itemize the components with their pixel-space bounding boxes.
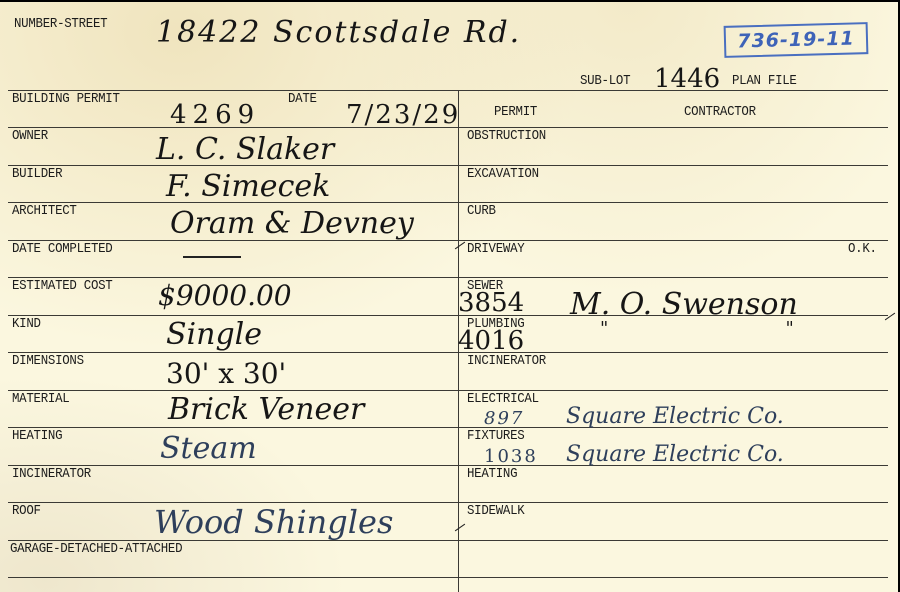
material-label: MATERIAL <box>12 393 69 407</box>
rule <box>8 540 888 541</box>
rule <box>8 390 888 391</box>
fixtures-contractor-value: Square Electric Co. <box>566 444 784 466</box>
electrical-contractor-value: Square Electric Co. <box>566 406 784 428</box>
curb-label: CURB <box>467 205 496 219</box>
number-street-label: NUMBER-STREET <box>14 18 107 32</box>
garage-label: GARAGE-DETACHED-ATTACHED <box>10 543 182 557</box>
estimated-cost-value: $9000.00 <box>158 282 292 310</box>
incinerator-permit-label: INCINERATOR <box>467 355 546 369</box>
plumbing-contractor-value: " " " <box>600 320 898 338</box>
owner-value: L. C. Slaker <box>156 135 334 165</box>
owner-label: OWNER <box>12 130 48 144</box>
dimensions-value: 30' x 30' <box>166 360 286 388</box>
excavation-label: EXCAVATION <box>467 168 539 182</box>
roof-value: Wood Shingles <box>154 506 393 538</box>
fixtures-label: FIXTURES <box>467 430 524 444</box>
plan-file-label: PLAN FILE <box>732 75 797 89</box>
rule <box>8 240 888 241</box>
rule <box>8 277 888 278</box>
permit-column-header: PERMIT <box>494 106 537 120</box>
heating-label: HEATING <box>12 430 62 444</box>
rule <box>8 352 888 353</box>
date-value: 7/23/29 <box>346 102 460 128</box>
dimensions-label: DIMENSIONS <box>12 355 84 369</box>
sewer-contractor-value: M. O. Swenson <box>570 290 798 320</box>
building-permit-value: 4269 <box>170 102 260 128</box>
builder-value: F. Simecek <box>166 172 330 202</box>
sidewalk-check-mark <box>455 524 465 532</box>
incinerator-label: INCINERATOR <box>12 468 91 482</box>
builder-label: BUILDER <box>12 168 62 182</box>
heating-value: Steam <box>160 434 257 464</box>
fixtures-permit-value: 1038 <box>484 448 538 466</box>
date-completed-label: DATE COMPLETED <box>12 243 112 257</box>
kind-value: Single <box>166 320 262 350</box>
rule <box>8 502 888 503</box>
electrical-permit-value: 897 <box>484 410 524 428</box>
sidewalk-label: SIDEWALK <box>467 505 524 519</box>
plumbing-permit-value: 4016 <box>458 328 524 354</box>
building-permit-label: BUILDING PERMIT <box>12 93 120 107</box>
roof-label: ROOF <box>12 505 41 519</box>
electrical-label: ELECTRICAL <box>467 393 539 407</box>
driveway-note: O.K. <box>848 243 877 257</box>
contractor-column-header: CONTRACTOR <box>684 106 756 120</box>
heating-permit-label: HEATING <box>467 468 517 482</box>
sewer-permit-value: 3854 <box>458 290 524 316</box>
rule <box>8 90 888 91</box>
architect-value: Oram & Devney <box>170 209 414 239</box>
date-label: DATE <box>288 93 317 107</box>
architect-label: ARCHITECT <box>12 205 77 219</box>
date-completed-dash <box>183 256 241 258</box>
kind-label: KIND <box>12 318 41 332</box>
rule <box>8 577 888 578</box>
rule <box>8 202 888 203</box>
rule <box>8 165 888 166</box>
record-number-stamp: 736-19-11 <box>724 22 869 58</box>
material-value: Brick Veneer <box>168 395 364 425</box>
sub-lot-label: SUB-LOT <box>580 75 630 89</box>
obstruction-label: OBSTRUCTION <box>467 130 546 144</box>
driveway-check-mark <box>455 242 465 250</box>
estimated-cost-label: ESTIMATED COST <box>12 280 112 294</box>
building-permit-card: NUMBER-STREET 18422 Scottsdale Rd. 736-1… <box>0 2 898 592</box>
driveway-label: DRIVEWAY <box>467 243 524 257</box>
number-street-value: 18422 Scottsdale Rd. <box>156 18 521 48</box>
sub-lot-value: 1446 <box>654 66 720 92</box>
